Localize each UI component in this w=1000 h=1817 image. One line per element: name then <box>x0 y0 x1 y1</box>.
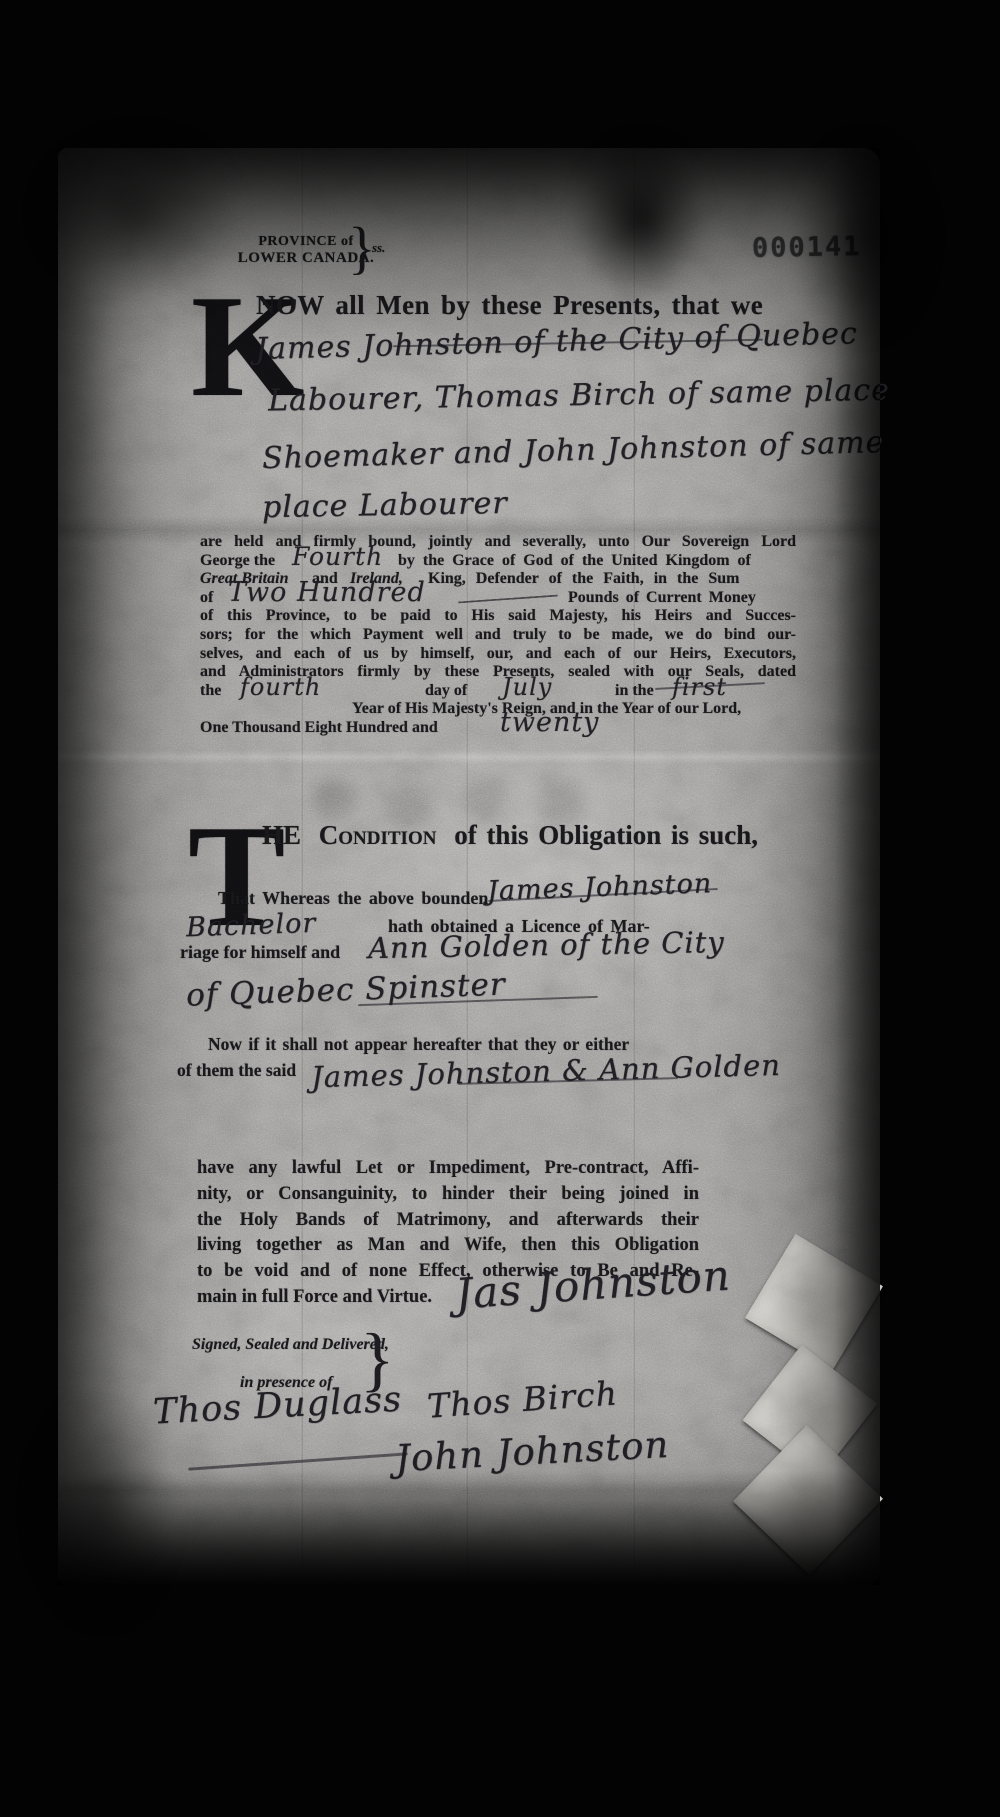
handwritten-bride-line2: of Quebec Spinster <box>185 966 506 1013</box>
bond-line: of this Province, to be paid to His said… <box>200 607 796 626</box>
handwritten-groom-status: Bachelor <box>185 908 316 944</box>
handwritten-year: twenty <box>500 714 599 733</box>
handwritten-obligors-line3: Shoemaker and John Johnston of same <box>262 425 885 476</box>
bond-line: of Two Hundred Pounds of Current Money <box>200 589 796 608</box>
vertical-fold-line <box>632 148 635 1585</box>
microfilm-scan-frame: PROVINCE of LOWER CANADA. } ss. 000141 K… <box>0 0 1000 1817</box>
bond-line: Year of His Majesty's Reign, and in the … <box>200 700 796 719</box>
handwritten-day: fourth <box>240 678 321 697</box>
bond-text: by the Grace of God of the United Kingdo… <box>398 552 751 571</box>
jurat-abbreviation: ss. <box>372 240 385 256</box>
right-edge-shadow <box>834 148 880 1585</box>
wafer-seal-3 <box>733 1425 883 1575</box>
condition-heading: HE Condition of this Obligation is such, <box>262 820 758 851</box>
riage-line: riage for himself and <box>180 942 340 963</box>
now-line2: of them the said <box>177 1060 296 1081</box>
now-line1: Now if it shall not appear hereafter tha… <box>208 1034 629 1055</box>
bond-line: George the Fourth by the Grace of God of… <box>200 552 796 571</box>
closing-line: the Holy Bands of Matrimony, and afterwa… <box>197 1208 699 1234</box>
bond-paragraph: are held and firmly bound, jointly and s… <box>200 533 796 738</box>
closing-line: nity, or Consanguinity, to hinder their … <box>197 1182 699 1208</box>
handwritten-groom-name: James Johnston <box>487 868 713 907</box>
bond-text: the <box>200 682 221 701</box>
bond-text: One Thousand Eight Hundred and <box>200 719 438 738</box>
handwritten-regnal-name: Fourth <box>292 548 383 567</box>
pen-dash <box>458 594 558 603</box>
whereas-line: That Whereas the above bounden <box>218 888 488 909</box>
signature-witness: Thos Duglass <box>152 1380 403 1433</box>
film-grain-texture <box>58 148 880 1585</box>
bond-line: One Thousand Eight Hundred and twenty <box>200 719 796 738</box>
closing-line: have any lawful Let or Impediment, Pre-c… <box>197 1156 699 1182</box>
bond-text: Pounds of Current Money <box>568 589 756 608</box>
bond-line: selves, and each of us by himself, our, … <box>200 645 796 664</box>
handwritten-obligors-line4: place Labourer <box>262 486 508 525</box>
bond-line: are held and firmly bound, jointly and s… <box>200 533 796 552</box>
bond-text: George the <box>200 552 275 571</box>
edge-vignette <box>58 148 880 1585</box>
vertical-fold-line <box>465 148 468 1585</box>
signature-underline-flourish <box>188 1452 408 1470</box>
signature-surety-2: John Johnston <box>394 1423 670 1480</box>
handwritten-obligors-line2: Labourer, Thomas Birch of same place <box>268 373 890 419</box>
edge-smudge <box>573 136 708 301</box>
bond-text: of <box>200 589 213 608</box>
handwritten-month: July <box>502 678 552 697</box>
document-page: PROVINCE of LOWER CANADA. } ss. 000141 K… <box>58 148 880 1585</box>
handwritten-sum: Two Hundred <box>228 584 426 603</box>
signature-surety-1: Thos Birch <box>426 1373 619 1425</box>
handwritten-bride-line1: Ann Golden of the City <box>368 925 725 965</box>
condition-heading-condition: Condition <box>319 820 437 850</box>
opening-heading: NOW all Men by these Presents, that we <box>256 290 763 321</box>
wafer-seal-1 <box>745 1234 883 1371</box>
file-number-stamp: 000141 <box>752 231 862 264</box>
condition-heading-rest: of this Obligation is such, <box>454 820 758 850</box>
paper-mottling-texture <box>58 148 880 1585</box>
bond-text: day of <box>425 682 467 701</box>
bond-line: sors; for the which Payment well and tru… <box>200 626 796 645</box>
bond-text: in the <box>615 682 654 701</box>
bond-text: King, Defender of the Faith, in the Sum <box>428 570 739 589</box>
condition-heading-he: HE <box>262 820 301 850</box>
closing-line: living together as Man and Wife, then th… <box>197 1233 699 1259</box>
